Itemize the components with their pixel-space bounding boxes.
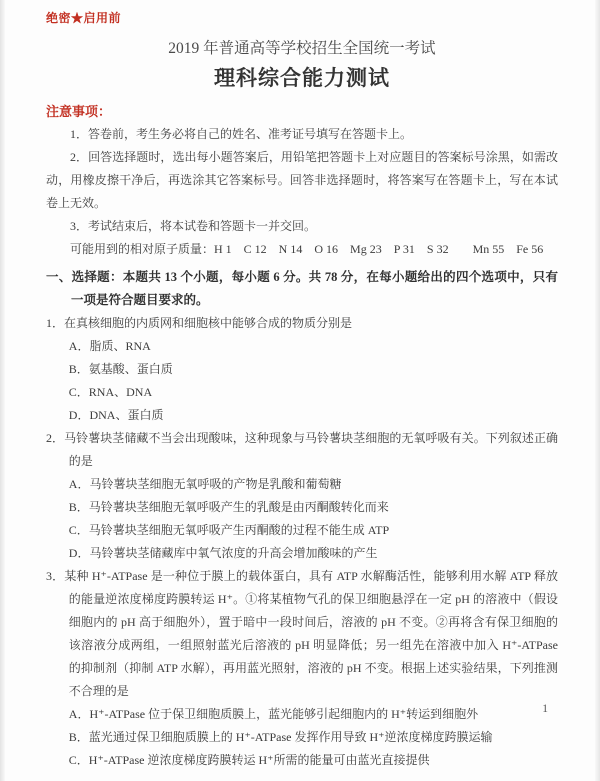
- question-2-option-b: B．马铃薯块茎细胞无氧呼吸产生的乳酸是由丙酮酸转化而来: [69, 496, 558, 519]
- page-number: 1: [542, 703, 548, 715]
- question-1-option-c: C．RNA、DNA: [69, 381, 558, 404]
- question-1: 1．在真核细胞的内质网和细胞核中能够合成的物质分别是 A．脂质、RNA B．氨基…: [46, 312, 558, 427]
- question-2-option-c: C．马铃薯块茎细胞无氧呼吸产生丙酮酸的过程不能生成 ATP: [69, 519, 558, 542]
- question-1-option-a: A．脂质、RNA: [69, 335, 558, 358]
- section-heading: 一、选择题：本题共 13 个小题，每小题 6 分。共 78 分，在每小题给出的四…: [46, 266, 558, 312]
- page-content: 绝密★启用前 2019 年普通高等学校招生全国统一考试 理科综合能力测试 注意事…: [0, 0, 600, 781]
- notice-item-1: 1．答卷前，考生务必将自己的姓名、准考证号填写在答题卡上。: [46, 123, 558, 146]
- exam-paper-page: 绝密★启用前 2019 年普通高等学校招生全国统一考试 理科综合能力测试 注意事…: [0, 0, 600, 781]
- notice-item-3: 3．考试结束后，将本试卷和答题卡一并交回。: [46, 215, 558, 238]
- question-3-option-c: C．H⁺-ATPase 逆浓度梯度跨膜转运 H⁺所需的能量可由蓝光直接提供: [69, 749, 558, 772]
- question-2-option-d: D．马铃薯块茎储藏库中氧气浓度的升高会增加酸味的产生: [69, 542, 558, 565]
- atomic-mass-values: H 1 C 12 N 14 O 16 Mg 23 P 31 S 32 Mn 55…: [214, 242, 543, 256]
- question-2-option-a: A．马铃薯块茎细胞无氧呼吸的产物是乳酸和葡萄糖: [69, 473, 558, 496]
- exam-title: 2019 年普通高等学校招生全国统一考试: [46, 39, 558, 59]
- question-3-option-b: B．蓝光通过保卫细胞质膜上的 H⁺-ATPase 发挥作用导致 H⁺逆浓度梯度跨…: [69, 726, 558, 749]
- question-1-stem: 1．在真核细胞的内质网和细胞核中能够合成的物质分别是: [46, 312, 558, 335]
- question-3: 3．某种 H⁺-ATPase 是一种位于膜上的载体蛋白，具有 ATP 水解酶活性…: [46, 565, 558, 772]
- atomic-mass-label: 可能用到的相对原子质量：: [70, 242, 214, 256]
- question-3-stem: 3．某种 H⁺-ATPase 是一种位于膜上的载体蛋白，具有 ATP 水解酶活性…: [46, 565, 558, 703]
- atomic-mass-line: 可能用到的相对原子质量：H 1 C 12 N 14 O 16 Mg 23 P 3…: [46, 238, 558, 261]
- question-1-option-b: B．氨基酸、蛋白质: [69, 358, 558, 381]
- question-3-option-a: A．H⁺-ATPase 位于保卫细胞质膜上，蓝光能够引起细胞内的 H⁺转运到细胞…: [69, 703, 558, 726]
- page-title: 理科综合能力测试: [46, 65, 558, 91]
- classification-label: 绝密★启用前: [46, 10, 558, 26]
- question-2: 2．马铃薯块茎储藏不当会出现酸味，这种现象与马铃薯块茎细胞的无氧呼吸有关。下列叙…: [46, 427, 558, 565]
- notice-item-2: 2．回答选择题时，选出每小题答案后，用铅笔把答题卡上对应题目的答案标号涂黑，如需…: [46, 146, 558, 215]
- notice-heading: 注意事项：: [46, 100, 558, 123]
- question-2-stem: 2．马铃薯块茎储藏不当会出现酸味，这种现象与马铃薯块茎细胞的无氧呼吸有关。下列叙…: [46, 427, 558, 473]
- question-1-option-d: D．DNA、蛋白质: [69, 404, 558, 427]
